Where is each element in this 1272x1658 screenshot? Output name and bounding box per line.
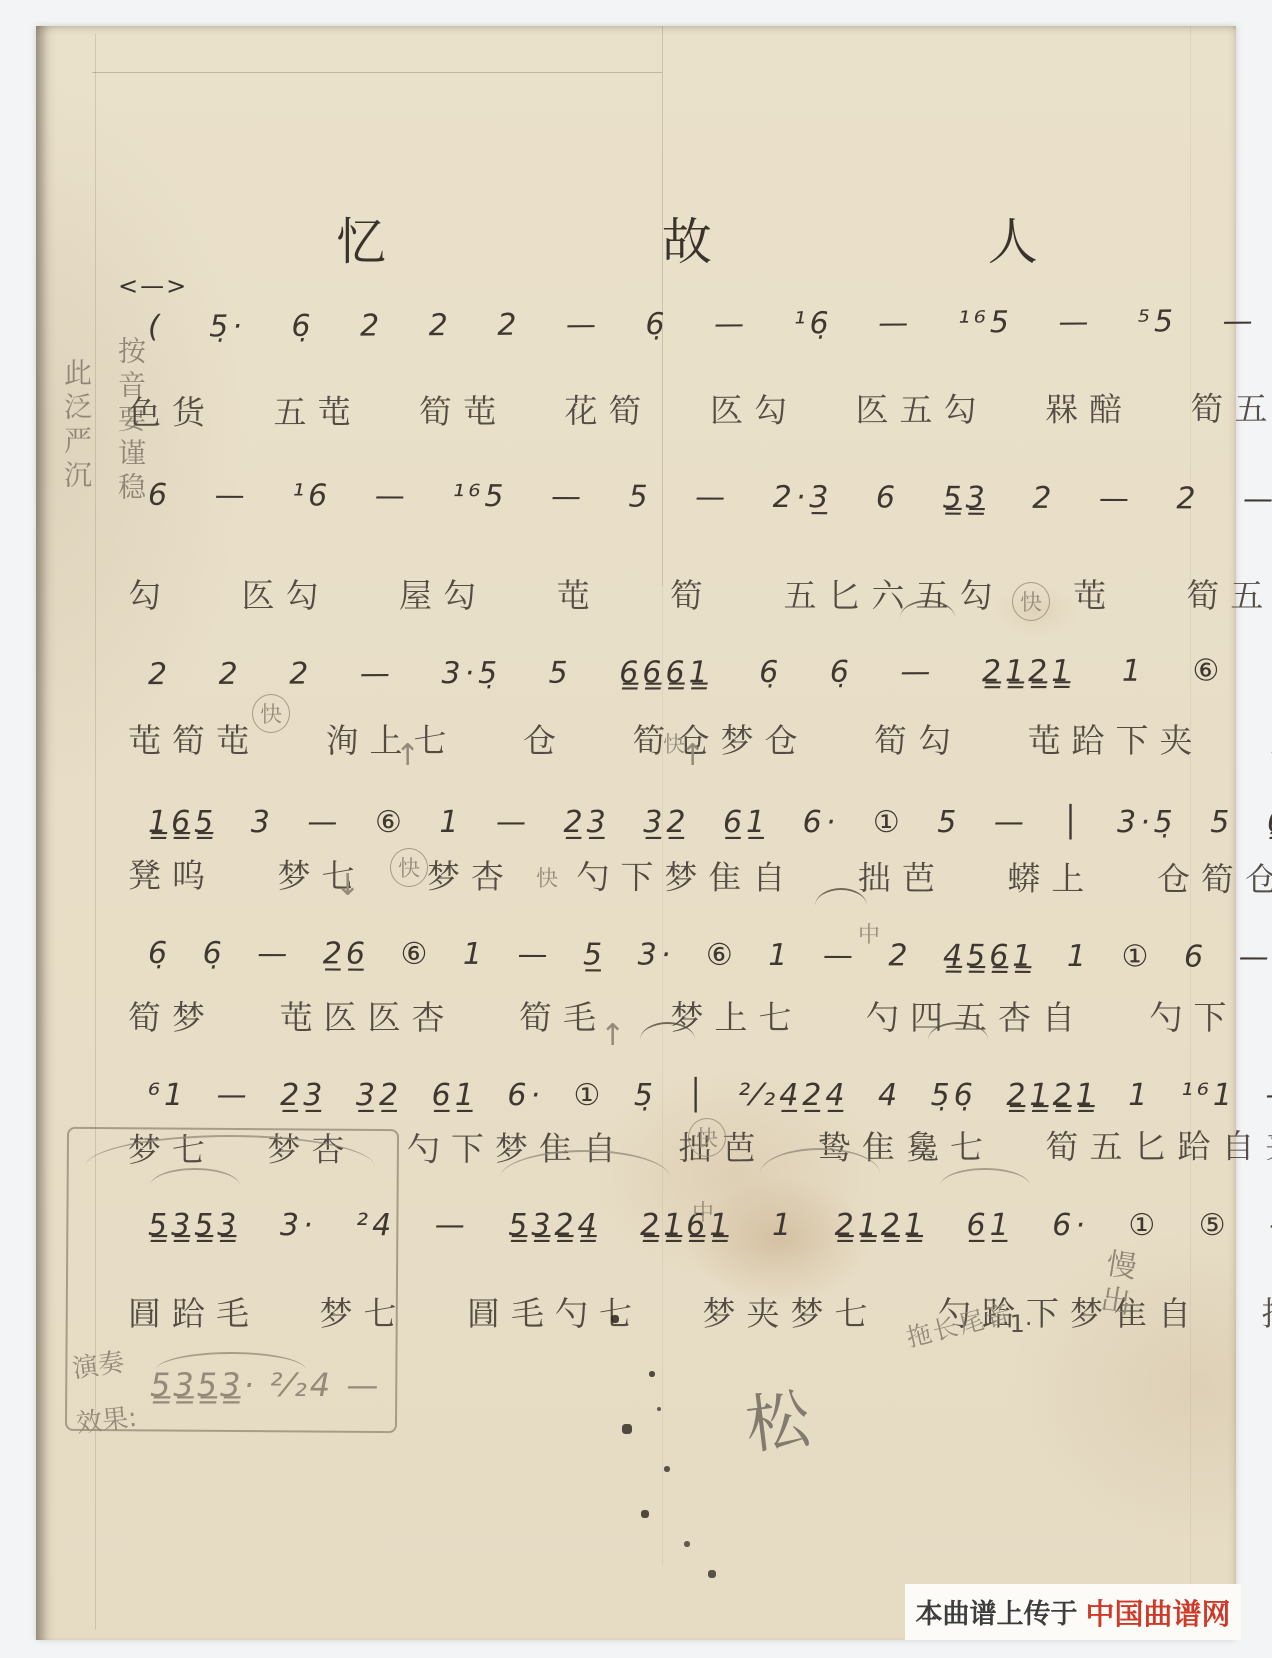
- performance-note-label-1: 演奏: [70, 1342, 127, 1386]
- section-mark: <—>: [118, 272, 188, 300]
- scan-background: 忆 故 人 <—> 按音要谨稳 此泛严沉 ( 5̣· 6̣ 2 2 2 — 6̣…: [0, 0, 1272, 1658]
- watermark-text: 本曲谱上传于: [915, 1592, 1077, 1631]
- margin-note-right-column: 按音要谨稳: [110, 336, 150, 606]
- tablature-line-1: 色货 五芚 筍芚 花筍 匛勾 匛五勾 槑醅 筍五匕: [128, 383, 1272, 434]
- jianpu-line-3: 2 2 2 — 3·5̣ 5 6̳6̳6̳1̳ 6̣ 6̣ — 2̳1̳2̳1̳…: [148, 653, 1272, 692]
- pencil-arrow: ↑: [600, 1018, 625, 1053]
- pencil-mark: 快: [1012, 582, 1050, 621]
- pencil-arrow: ↓: [335, 868, 360, 903]
- performance-note-notation: 5̳3̳5̳3̳· ²⁄₂4 —: [150, 1366, 381, 1404]
- jianpu-line-4: 1̳6̳5̳ 3 — ⑥ 1 — 2̲3̲ 3̲2̲ 6̲1̲ 6· ① 5 —…: [148, 805, 1272, 840]
- crease-top: [92, 72, 662, 73]
- ink-speckles: [596, 1288, 598, 1290]
- page-number: ·1·: [1002, 1310, 1033, 1338]
- margin-note-left-column: 此泛严沉: [56, 358, 96, 598]
- pencil-mark: 快: [390, 848, 428, 887]
- pencil-mark: 快: [536, 862, 558, 893]
- tablature-line-2: 勾 匛勾 屋勾 芚 筍 五匕六五勾 芚 筍五: [128, 570, 1272, 617]
- watermark-site-logo: 中国曲谱网: [1085, 1592, 1230, 1633]
- jianpu-line-5: 6̣ 6̣ — 2̲6̲ ⑥ 1 — 5̲ 3· ⑥ 1 — 2 4̳5̳6̳1…: [148, 936, 1272, 975]
- jianpu-line-2: 6 — ¹6 — ¹⁶5 — 5 — 2·3̲ 6 5̳3̳ 2 — 2 — 5…: [148, 478, 1272, 517]
- pencil-phrase-arc: [940, 1168, 1030, 1186]
- watermark-strip: 本曲谱上传于 中国曲谱网: [905, 1584, 1241, 1640]
- pencil-mark: 中: [858, 918, 880, 949]
- tablature-line-4: 凳呜 梦七 梦杏 勺下梦隹自 拙芭 蟒上 仓筍仓梦勺: [128, 850, 1272, 901]
- signature: 松: [740, 1365, 837, 1467]
- tablature-line-5: 筍梦 芚匛匛杏 筍毛 梦上七 勺四五杏自 勺下 勾毛: [128, 992, 1272, 1039]
- performance-note-label-2: 效果:: [74, 1397, 138, 1440]
- jianpu-line-6: ⁶1 — 2̲3̲ 3̲2̲ 6̲1̲ 6· ① 5̣ │ ²⁄₂4̲2̲4̲ …: [148, 1078, 1272, 1113]
- pencil-mark: 中: [692, 1196, 714, 1227]
- pencil-arrow: ↑: [395, 738, 420, 773]
- pencil-mark: 快: [688, 1118, 726, 1157]
- pencil-arrow: ↑: [680, 738, 705, 773]
- manuscript-page: 忆 故 人 <—> 按音要谨稳 此泛严沉 ( 5̣· 6̣ 2 2 2 — 6̣…: [36, 26, 1236, 1640]
- jianpu-line-1: ( 5̣· 6̣ 2 2 2 — 6̣ — ¹6̣ — ¹⁶5 — ⁵5 — 5…: [148, 302, 1272, 344]
- pencil-mark: 快: [252, 694, 290, 733]
- page-title: 忆 故 人: [336, 202, 1168, 274]
